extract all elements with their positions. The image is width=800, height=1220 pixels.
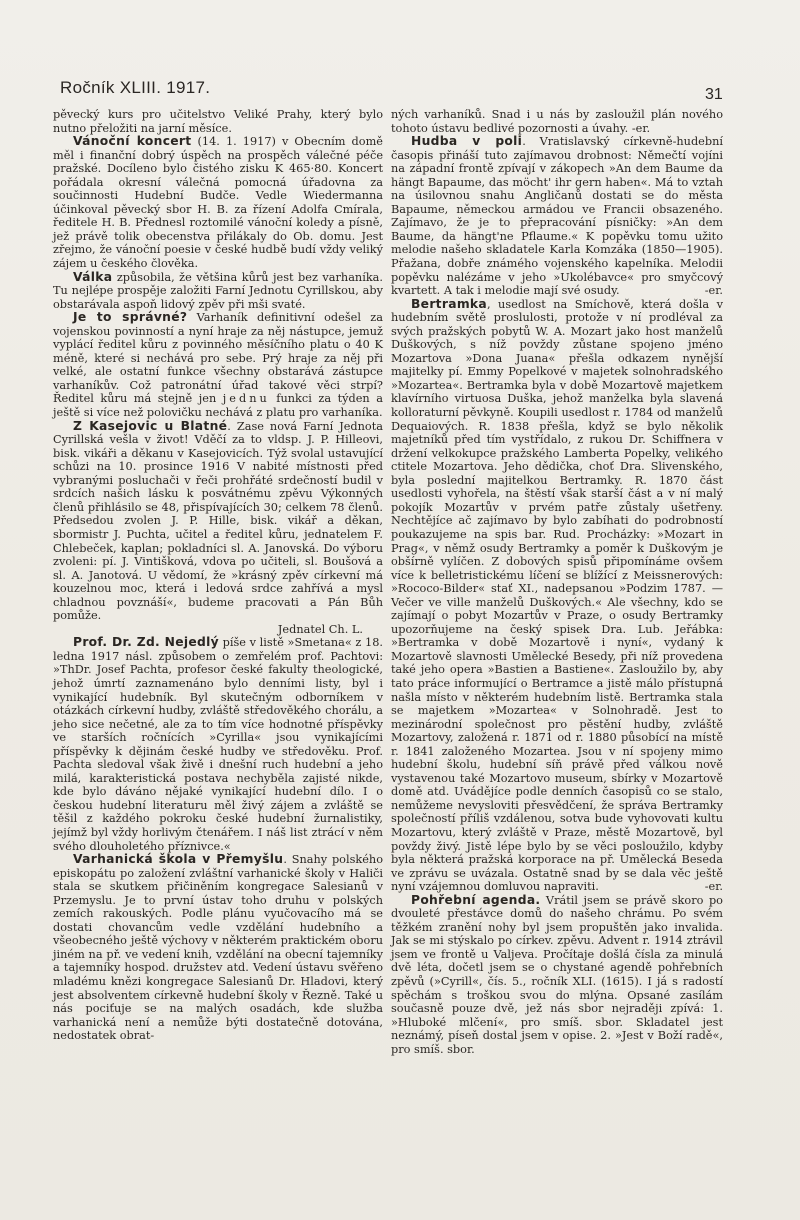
article-signature: -er. <box>685 284 723 298</box>
article-text: . Vratislavský církevně-hudební časopis … <box>391 135 723 297</box>
article-text: píše v listě »Smetana« z 18. ledna 1917 … <box>53 636 383 852</box>
article-heading: Prof. Dr. Zd. Nejedlý <box>73 635 219 649</box>
article-text: (14. 1. 1917) v Obecním domě měl i finan… <box>53 135 383 270</box>
left-column: pěvecký kurs pro učitelstvo Veliké Prahy… <box>53 108 383 1043</box>
article-varhanicka-continuation: ných varhaníků. Snad i u nás by zaslouži… <box>391 108 723 135</box>
article-heading: Válka <box>73 270 112 284</box>
article-signature: -er. <box>632 122 650 135</box>
article-vanocni-koncert: Vánoční koncert (14. 1. 1917) v Obecním … <box>53 135 383 270</box>
article-text: ných varhaníků. Snad i u nás by zaslouži… <box>391 108 723 135</box>
article-bertramka: Bertramka, usedlost na Smíchově, která d… <box>391 298 723 894</box>
article-heading: Pohřební agenda. <box>411 893 540 907</box>
article-pohrebni-agenda: Pohřební agenda. Vrátil jsem se právě sk… <box>391 894 723 1057</box>
journal-page: Ročník XLIII. 1917. 31 pěvecký kurs pro … <box>0 0 800 1220</box>
article-heading: Z Kasejovic u Blatné <box>73 419 227 433</box>
article-z-kasejovic: Z Kasejovic u Blatné. Zase nová Farní Je… <box>53 420 383 637</box>
article-signature: Jednatel Ch. L. <box>53 623 383 637</box>
article-text: pěvecký kurs pro učitelstvo Veliké Prahy… <box>53 108 383 135</box>
article-valka: Válka způsobila, že většina kůrů jest be… <box>53 271 383 312</box>
article-varhanicka-skola: Varhanická škola v Přemyšlu. Snahy polsk… <box>53 853 383 1043</box>
page-number: 31 <box>705 86 723 104</box>
right-column: ných varhaníků. Snad i u nás by zaslouži… <box>391 108 723 1056</box>
article-text: . Snahy polského episkopátu po založení … <box>53 853 383 1042</box>
article-signature: -er. <box>685 880 723 894</box>
article-je-to-spravne: Je to správné? Varhaník definitivní odeš… <box>53 311 383 419</box>
article-heading: Bertramka <box>411 297 487 311</box>
running-head: Ročník XLIII. 1917. <box>60 78 210 98</box>
article-hudba-v-poli: Hudba v poli. Vratislavský církevně-hude… <box>391 135 723 298</box>
article-text: . Zase nová Farní Jednota Cyrillská vešl… <box>53 420 383 623</box>
article-text: , usedlost na Smíchově, která došla v hu… <box>391 298 723 894</box>
article-heading: Vánoční koncert <box>73 134 191 148</box>
emphasis-text: jednu <box>223 392 270 405</box>
article-text: Vrátil jsem se právě skoro po dvouleté p… <box>391 894 723 1056</box>
article-prof-nejedly: Prof. Dr. Zd. Nejedlý píše v listě »Smet… <box>53 636 383 853</box>
article-heading: Je to správné? <box>73 310 187 324</box>
article-continuation: pěvecký kurs pro učitelstvo Veliké Prahy… <box>53 108 383 135</box>
article-heading: Varhanická škola v Přemyšlu <box>73 852 283 866</box>
article-heading: Hudba v poli <box>411 134 522 148</box>
